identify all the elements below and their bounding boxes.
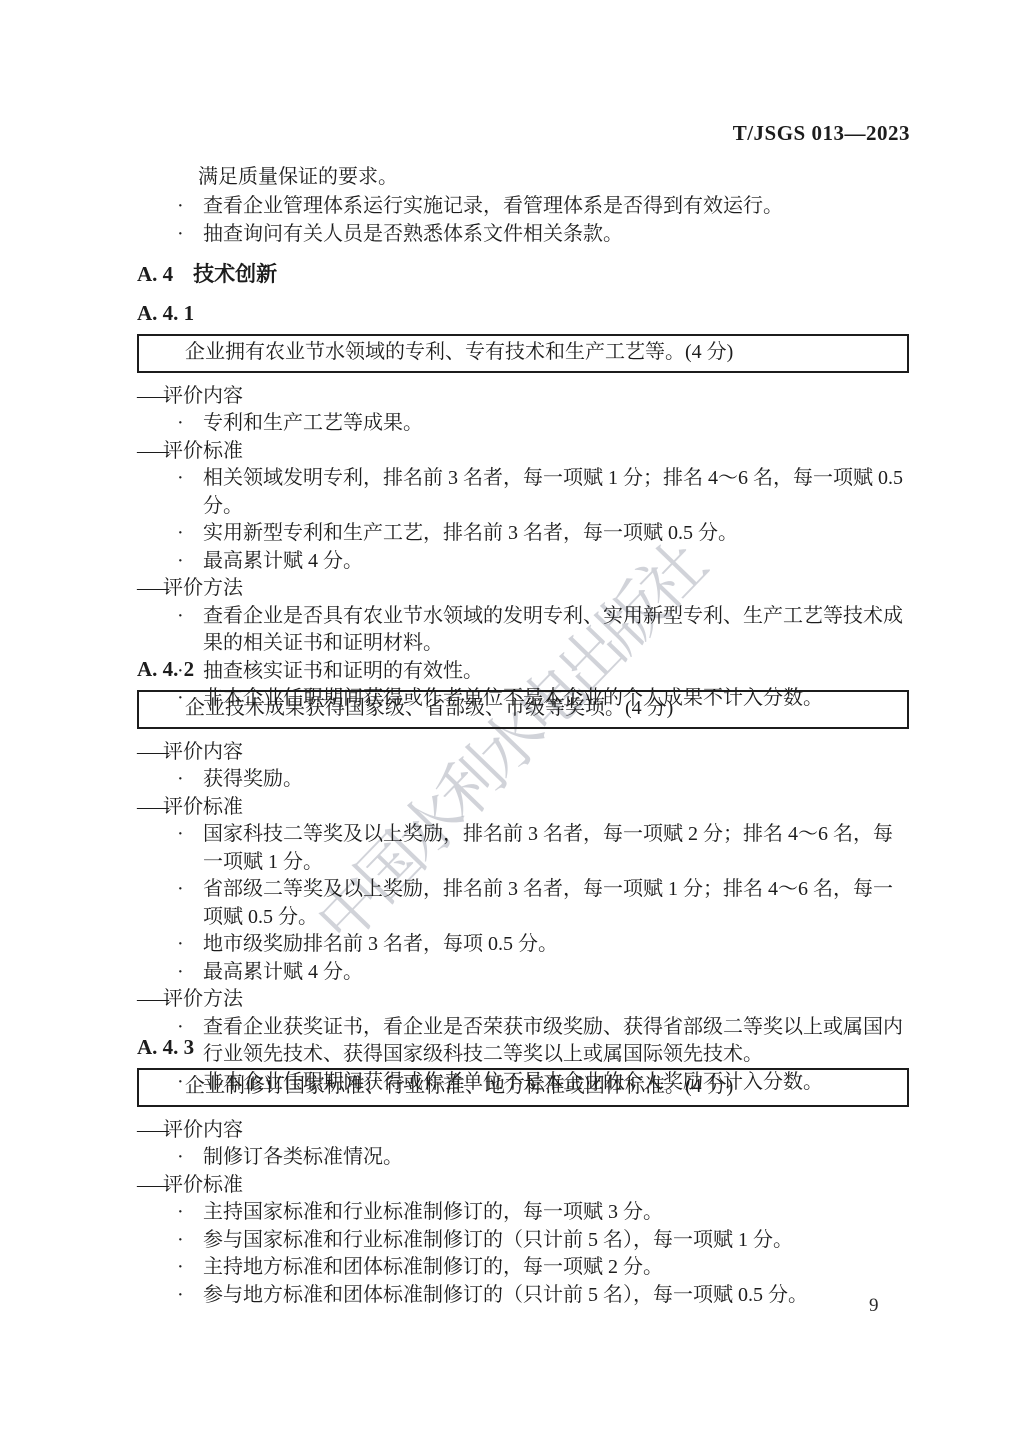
dash-icon: —— bbox=[137, 575, 163, 603]
bullet-dot-icon: · bbox=[177, 1144, 203, 1172]
label-text: 评价方法 bbox=[163, 986, 243, 1014]
list-item: · 实用新型专利和生产工艺，排名前 3 名者，每一项赋 0.5 分。 bbox=[137, 520, 909, 548]
list-item-text: 获得奖励。 bbox=[203, 766, 909, 794]
list-item: · 主持地方标准和团体标准制修订的，每一项赋 2 分。 bbox=[137, 1254, 909, 1282]
bullet-dot-icon: · bbox=[177, 220, 203, 249]
eval-criteria-label: —— 评价标准 bbox=[137, 1172, 909, 1200]
list-item-text: 省部级二等奖及以上奖励，排名前 3 名者，每一项赋 1 分；排名 4～6 名，每… bbox=[203, 876, 909, 931]
bullet-dot-icon: · bbox=[177, 192, 203, 221]
list-item-text: 最高累计赋 4 分。 bbox=[203, 959, 909, 987]
section-title: 技术创新 bbox=[193, 263, 277, 286]
dash-icon: —— bbox=[137, 739, 163, 767]
dash-icon: —— bbox=[137, 794, 163, 822]
intro-block: 满足质量保证的要求。 · 查看企业管理体系运行实施记录，看管理体系是否得到有效运… bbox=[137, 163, 909, 249]
eval-content-label: —— 评价内容 bbox=[137, 383, 909, 411]
list-item-text: 实用新型专利和生产工艺，排名前 3 名者，每一项赋 0.5 分。 bbox=[203, 520, 909, 548]
list-item-text: 专利和生产工艺等成果。 bbox=[203, 410, 909, 438]
bullet-dot-icon: · bbox=[177, 465, 203, 520]
criteria-box: 企业制修订国家标准、行业标准、地方标准或团体标准。(4 分) bbox=[137, 1068, 909, 1107]
dash-icon: —— bbox=[137, 438, 163, 466]
list-item-text: 主持地方标准和团体标准制修订的，每一项赋 2 分。 bbox=[203, 1254, 909, 1282]
bullet-dot-icon: · bbox=[177, 603, 203, 658]
bullet-dot-icon: · bbox=[177, 876, 203, 931]
clause-a4-2: A. 4. 2 企业技术成果获得国家级、省部级、市级等奖项。(4 分) —— 评… bbox=[137, 656, 909, 1096]
label-text: 评价标准 bbox=[163, 794, 243, 822]
list-item-text: 国家科技二等奖及以上奖励，排名前 3 名者，每一项赋 2 分；排名 4～6 名，… bbox=[203, 821, 909, 876]
bullet-dot-icon: · bbox=[177, 548, 203, 576]
bullet-dot-icon: · bbox=[177, 1199, 203, 1227]
list-item: · 查看企业管理体系运行实施记录，看管理体系是否得到有效运行。 bbox=[137, 192, 909, 221]
label-text: 评价内容 bbox=[163, 383, 243, 411]
clause-number: A. 4. 1 bbox=[137, 300, 909, 328]
clause-number: A. 4. 3 bbox=[137, 1034, 909, 1062]
label-text: 评价方法 bbox=[163, 575, 243, 603]
eval-criteria-label: —— 评价标准 bbox=[137, 438, 909, 466]
list-item-text: 抽查询问有关人员是否熟悉体系文件相关条款。 bbox=[203, 220, 909, 249]
dash-icon: —— bbox=[137, 383, 163, 411]
section-heading: A. 4技术创新 bbox=[137, 261, 909, 288]
list-item-text: 参与地方标准和团体标准制修订的（只计前 5 名），每一项赋 0.5 分。 bbox=[203, 1282, 909, 1310]
list-item: · 主持国家标准和行业标准制修订的，每一项赋 3 分。 bbox=[137, 1199, 909, 1227]
list-item: · 参与国家标准和行业标准制修订的（只计前 5 名），每一项赋 1 分。 bbox=[137, 1227, 909, 1255]
eval-method-label: —— 评价方法 bbox=[137, 575, 909, 603]
list-item: · 制修订各类标准情况。 bbox=[137, 1144, 909, 1172]
criteria-box: 企业拥有农业节水领域的专利、专有技术和生产工艺等。(4 分) bbox=[137, 334, 909, 373]
criteria-box-text: 企业技术成果获得国家级、省部级、市级等奖项。(4 分) bbox=[185, 695, 673, 723]
bullet-dot-icon: · bbox=[177, 1282, 203, 1310]
criteria-box-text: 企业拥有农业节水领域的专利、专有技术和生产工艺等。(4 分) bbox=[185, 339, 733, 367]
bullet-dot-icon: · bbox=[177, 959, 203, 987]
list-item-text: 查看企业管理体系运行实施记录，看管理体系是否得到有效运行。 bbox=[203, 192, 909, 221]
label-text: 评价内容 bbox=[163, 739, 243, 767]
list-item: · 地市级奖励排名前 3 名者，每项 0.5 分。 bbox=[137, 931, 909, 959]
list-item-text: 查看企业是否具有农业节水领域的发明专利、实用新型专利、生产工艺等技术成果的相关证… bbox=[203, 603, 909, 658]
bullet-dot-icon: · bbox=[177, 410, 203, 438]
label-text: 评价标准 bbox=[163, 1172, 243, 1200]
label-text: 评价标准 bbox=[163, 438, 243, 466]
list-item: · 国家科技二等奖及以上奖励，排名前 3 名者，每一项赋 2 分；排名 4～6 … bbox=[137, 821, 909, 876]
list-item-text: 主持国家标准和行业标准制修订的，每一项赋 3 分。 bbox=[203, 1199, 909, 1227]
clause-number: A. 4. 2 bbox=[137, 656, 909, 684]
list-item: · 参与地方标准和团体标准制修订的（只计前 5 名），每一项赋 0.5 分。 bbox=[137, 1282, 909, 1310]
list-item: · 抽查询问有关人员是否熟悉体系文件相关条款。 bbox=[137, 220, 909, 249]
criteria-box-text: 企业制修订国家标准、行业标准、地方标准或团体标准。(4 分) bbox=[185, 1073, 733, 1101]
criteria-box: 企业技术成果获得国家级、省部级、市级等奖项。(4 分) bbox=[137, 690, 909, 729]
eval-content-label: —— 评价内容 bbox=[137, 739, 909, 767]
label-text: 评价内容 bbox=[163, 1117, 243, 1145]
list-item: · 最高累计赋 4 分。 bbox=[137, 548, 909, 576]
bullet-dot-icon: · bbox=[177, 1254, 203, 1282]
list-item-text: 相关领域发明专利，排名前 3 名者，每一项赋 1 分；排名 4～6 名，每一项赋… bbox=[203, 465, 909, 520]
bullet-dot-icon: · bbox=[177, 1227, 203, 1255]
list-item-text: 最高累计赋 4 分。 bbox=[203, 548, 909, 576]
eval-criteria-label: —— 评价标准 bbox=[137, 794, 909, 822]
dash-icon: —— bbox=[137, 1172, 163, 1200]
dash-icon: —— bbox=[137, 986, 163, 1014]
list-item: · 查看企业是否具有农业节水领域的发明专利、实用新型专利、生产工艺等技术成果的相… bbox=[137, 603, 909, 658]
list-item-text: 地市级奖励排名前 3 名者，每项 0.5 分。 bbox=[203, 931, 909, 959]
list-item-text: 参与国家标准和行业标准制修订的（只计前 5 名），每一项赋 1 分。 bbox=[203, 1227, 909, 1255]
clause-a4-3: A. 4. 3 企业制修订国家标准、行业标准、地方标准或团体标准。(4 分) —… bbox=[137, 1034, 909, 1309]
list-item: · 专利和生产工艺等成果。 bbox=[137, 410, 909, 438]
eval-method-label: —— 评价方法 bbox=[137, 986, 909, 1014]
list-item: · 获得奖励。 bbox=[137, 766, 909, 794]
dash-icon: —— bbox=[137, 1117, 163, 1145]
list-item: · 最高累计赋 4 分。 bbox=[137, 959, 909, 987]
list-item: · 相关领域发明专利，排名前 3 名者，每一项赋 1 分；排名 4～6 名，每一… bbox=[137, 465, 909, 520]
page-number: 9 bbox=[869, 1295, 879, 1317]
document-page: 中国水利水电出版社 T/JSGS 013—2023 满足质量保证的要求。 · 查… bbox=[0, 0, 1020, 1431]
doc-code: T/JSGS 013—2023 bbox=[733, 121, 910, 146]
bullet-dot-icon: · bbox=[177, 766, 203, 794]
bullet-dot-icon: · bbox=[177, 931, 203, 959]
bullet-dot-icon: · bbox=[177, 821, 203, 876]
bullet-dot-icon: · bbox=[177, 520, 203, 548]
section-number: A. 4 bbox=[137, 262, 173, 286]
list-item: · 省部级二等奖及以上奖励，排名前 3 名者，每一项赋 1 分；排名 4～6 名… bbox=[137, 876, 909, 931]
list-item-text: 制修订各类标准情况。 bbox=[203, 1144, 909, 1172]
carryover-line: 满足质量保证的要求。 bbox=[137, 163, 909, 192]
clause-a4-1: A. 4. 1 企业拥有农业节水领域的专利、专有技术和生产工艺等。(4 分) —… bbox=[137, 300, 909, 713]
eval-content-label: —— 评价内容 bbox=[137, 1117, 909, 1145]
